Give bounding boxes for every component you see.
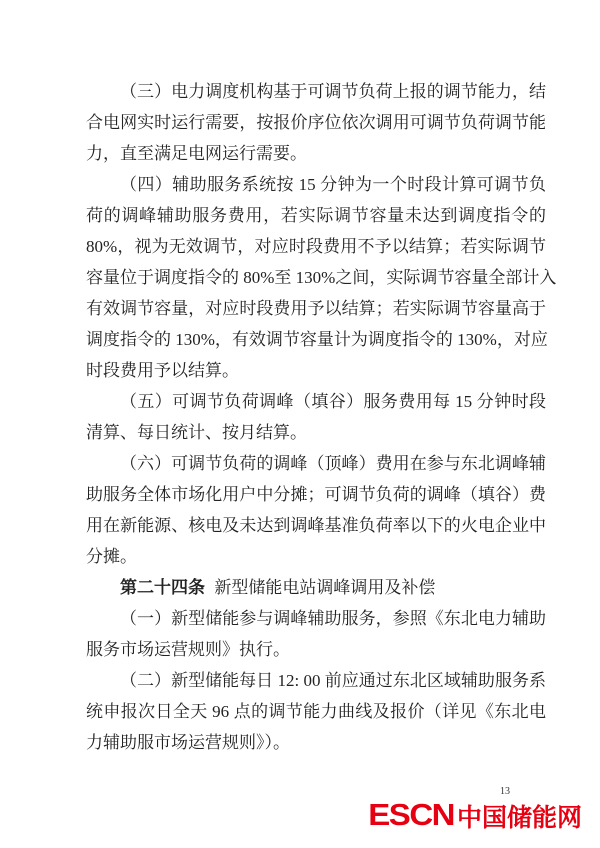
- paragraph-5: （五）可调节负荷调峰（填谷）服务费用每 15 分钟时段 清算、每日统计、按月结算…: [86, 386, 546, 448]
- text-line: 分摊。: [86, 541, 546, 572]
- text-line: （四）辅助服务系统按 15 分钟为一个时段计算可调节负: [86, 169, 546, 200]
- page-number: 13: [500, 786, 510, 798]
- text-line: 荷的调峰辅助服务费用，若实际调节容量未达到调度指令的: [86, 200, 546, 231]
- text-line: 时段费用予以结算。: [86, 355, 546, 386]
- text-line: （二）新型储能每日 12: 00 前应通过东北区域辅助服务系: [86, 665, 546, 696]
- text-line: 合电网实时运行需要，按报价序位依次调用可调节负荷调节能: [86, 107, 546, 138]
- text-line: 容量位于调度指令的 80%至 130%之间，实际调节容量全部计入: [86, 262, 546, 293]
- text-line: 80%，视为无效调节，对应时段费用不予以结算；若实际调节: [86, 231, 546, 262]
- section-heading: 第二十四条新型储能电站调峰调用及补偿: [86, 572, 546, 603]
- logo-latin-text: ESCN: [368, 799, 454, 829]
- section-title: 新型储能电站调峰调用及补偿: [214, 578, 435, 597]
- text-line: （三）电力调度机构基于可调节负荷上报的调节能力，结: [86, 76, 546, 107]
- text-line: 助服务全体市场化用户中分摊；可调节负荷的调峰（填谷）费: [86, 479, 546, 510]
- text-line: 服务市场运营规则》执行。: [86, 634, 546, 665]
- paragraph-1: （一）新型储能参与调峰辅助服务，参照《东北电力辅助 服务市场运营规则》执行。: [86, 603, 546, 665]
- paragraph-2: （二）新型储能每日 12: 00 前应通过东北区域辅助服务系 统申报次日全天 9…: [86, 665, 546, 758]
- paragraph-6: （六）可调节负荷的调峰（顶峰）费用在参与东北调峰辅 助服务全体市场化用户中分摊；…: [86, 448, 546, 572]
- text-line: （五）可调节负荷调峰（填谷）服务费用每 15 分钟时段: [86, 386, 546, 417]
- text-line: （六）可调节负荷的调峰（顶峰）费用在参与东北调峰辅: [86, 448, 546, 479]
- text-line: 用在新能源、核电及未达到调峰基准负荷率以下的火电企业中: [86, 510, 546, 541]
- text-line: 力，直至满足电网运行需要。: [86, 138, 546, 169]
- text-line: 调度指令的 130%，有效调节容量计为调度指令的 130%，对应: [86, 324, 546, 355]
- paragraph-3: （三）电力调度机构基于可调节负荷上报的调节能力，结 合电网实时运行需要，按报价序…: [86, 76, 546, 169]
- text-line: 有效调节容量，对应时段费用予以结算；若实际调节容量高于: [86, 293, 546, 324]
- section-number: 第二十四条: [120, 578, 205, 597]
- paragraph-4: （四）辅助服务系统按 15 分钟为一个时段计算可调节负 荷的调峰辅助服务费用，若…: [86, 169, 546, 386]
- document-body: （三）电力调度机构基于可调节负荷上报的调节能力，结 合电网实时运行需要，按报价序…: [86, 76, 546, 758]
- escn-logo: ESCN 中国储能网: [368, 798, 582, 831]
- text-line: 统申报次日全天 96 点的调节能力曲线及报价（详见《东北电: [86, 696, 546, 727]
- logo-chinese-text: 中国储能网: [457, 806, 582, 831]
- text-line: 清算、每日统计、按月结算。: [86, 417, 546, 448]
- text-line: （一）新型储能参与调峰辅助服务，参照《东北电力辅助: [86, 603, 546, 634]
- text-line: 力辅助服市场运营规则》）。: [86, 727, 546, 758]
- document-page: （三）电力调度机构基于可调节负荷上报的调节能力，结 合电网实时运行需要，按报价序…: [0, 0, 600, 848]
